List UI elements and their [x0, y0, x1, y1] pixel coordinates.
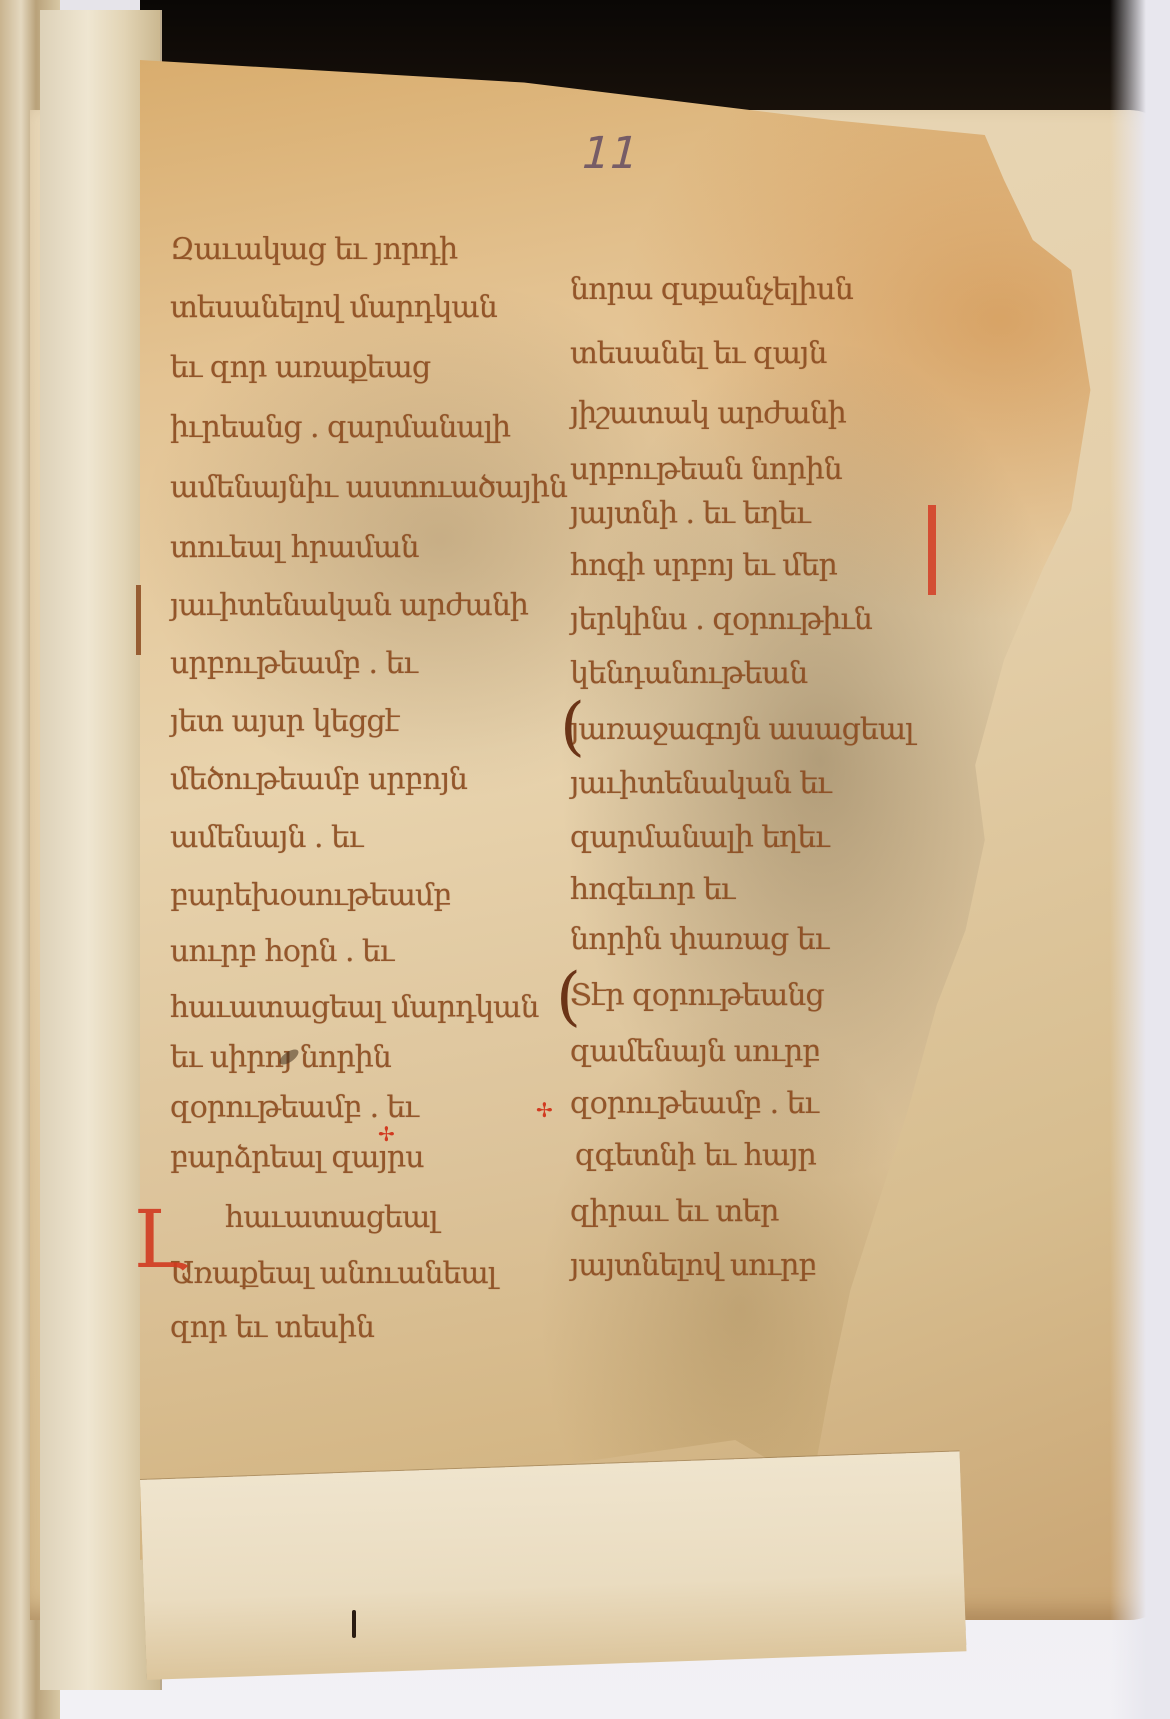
text-line: հոգի սրբոյ եւ մեր [570, 548, 837, 583]
text-line: իւրեանց . զարմանալի [170, 410, 510, 445]
text-line: հաւատացեալ [225, 1200, 438, 1235]
text-line: զիրաւ եւ տեր [570, 1194, 778, 1229]
text-line: Առաքեալ անուանեալ [170, 1256, 496, 1291]
text-line: յաւիտենական արժանի [170, 588, 528, 623]
red-cross-mark: ✢ [536, 1098, 553, 1122]
text-line: յաւիտենական եւ [570, 766, 831, 801]
parchment-repair-strip [140, 1451, 966, 1679]
text-line: սուրբ հօրն . եւ [170, 934, 393, 969]
text-line: նորա զսքանչելիսն [570, 272, 853, 307]
text-line: հաւատացեալ մարդկան [170, 990, 538, 1025]
text-line: տեսանել եւ զայն [570, 336, 826, 371]
red-cross-mark: ✢ [378, 1122, 395, 1146]
text-line: մեծութեամբ սրբոյն [170, 762, 467, 797]
text-line: զոր եւ տեսին [170, 1310, 374, 1345]
text-line: տուեալ հրաման [170, 530, 419, 565]
table-surface [1110, 0, 1170, 1719]
text-line: սրբութեան նորին [570, 452, 842, 487]
text-line: Տէր զօրութեանց [570, 978, 824, 1013]
text-line: սրբութեամբ . եւ [170, 646, 417, 681]
text-line: յայտնելով սուրբ [570, 1248, 816, 1283]
text-line: ամենայն . եւ [170, 820, 362, 855]
text-line: զօրութեամբ . եւ [570, 1086, 818, 1121]
rubric-bar [928, 505, 936, 595]
text-line: նորին փառաց եւ [570, 922, 828, 957]
margin-bar [136, 585, 141, 655]
text-line: ամենայնիւ աստուածային [170, 470, 567, 505]
text-line: յիշատակ արժանի [570, 396, 846, 431]
text-line: զգետնի եւ հայր [575, 1138, 816, 1173]
text-line: հոգեւոր եւ [570, 872, 734, 907]
text-line: Զաւակաց եւ յորդի [170, 232, 457, 267]
text-line: զամենայն սուրբ [570, 1034, 820, 1069]
marginal-bracket: ( [560, 690, 585, 764]
red-initial-letter: Լ [132, 1200, 187, 1280]
text-line: յառաջագոյն ասացեալ [570, 712, 913, 747]
text-line: յայտնի . եւ եղեւ [570, 496, 810, 531]
text-line: զօրութեամբ . եւ [170, 1090, 418, 1125]
parchment-hole [352, 1610, 356, 1638]
text-line: զարմանալի եղեւ [570, 820, 829, 855]
marginal-bracket: ( [556, 960, 581, 1034]
text-line: կենդանութեան [570, 656, 807, 691]
text-line: տեսանելով մարդկան [170, 290, 497, 325]
text-line: յերկինս . զօրութիւն [570, 602, 872, 637]
text-line: յետ այսր կեցցէ [170, 704, 399, 739]
text-line: եւ զոր առաքեաց [170, 350, 430, 385]
text-line: բարեխօսութեամբ [170, 878, 451, 913]
